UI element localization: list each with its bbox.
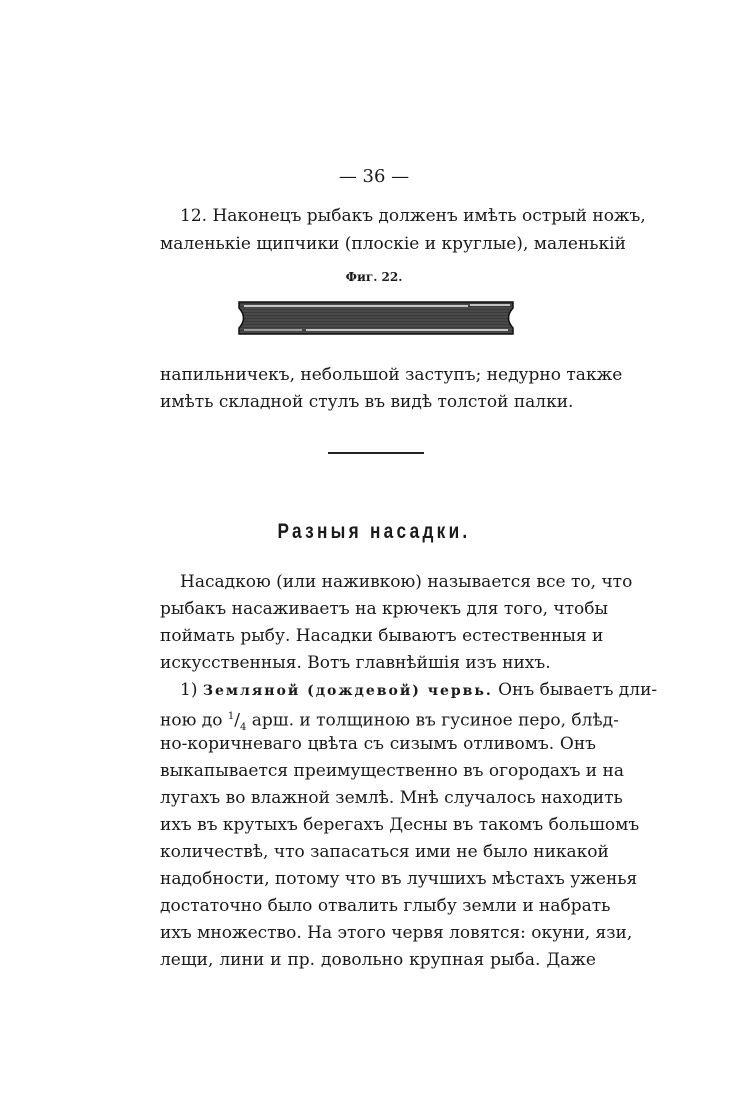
paragraph-line: выкапывается преимущественно въ огородах… xyxy=(160,758,596,784)
section-heading: Разныя насадки. xyxy=(67,520,680,544)
item-text: Онъ бываетъ дли- xyxy=(498,680,657,700)
paragraph-line: рыбакъ насаживаетъ на крючекъ для того, … xyxy=(160,596,596,622)
fraction-numerator: 1 xyxy=(228,711,234,722)
figure-caption: Фиг. 22. xyxy=(0,270,748,284)
paragraph-line: лещи, лини и пр. довольно крупная рыба. … xyxy=(160,947,596,973)
file-tool-icon xyxy=(238,301,514,335)
page-number: — 36 — xyxy=(0,166,748,187)
paragraph-line: маленькіе щипчики (плоскіе и круглые), м… xyxy=(160,231,596,257)
book-page: — 36 — 12. Наконецъ рыбакъ долженъ имѣть… xyxy=(0,0,748,1100)
paragraph-line: достаточно было отвалить глыбу земли и н… xyxy=(160,893,596,919)
paragraph-line: искусственныя. Вотъ главнѣйшія изъ нихъ. xyxy=(160,650,596,676)
paragraph-line: ихъ въ крутыхъ берегахъ Десны въ такомъ … xyxy=(160,812,596,838)
list-item-line: 1) Земляной (дождевой) червь. Онъ бывает… xyxy=(180,677,596,704)
item-term: Земляной (дождевой) червь. xyxy=(203,683,493,699)
paragraph-line: Насадкою (или наживкою) называется все т… xyxy=(180,569,596,595)
section-divider xyxy=(328,452,424,454)
paragraph-line: количествѣ, что запасаться ими не было н… xyxy=(160,839,596,865)
paragraph-line: напильничекъ, небольшой заступъ; недурно… xyxy=(160,362,596,388)
paragraph-line: надобности, потому что въ лучшихъ мѣстах… xyxy=(160,866,596,892)
paragraph-line: 12. Наконецъ рыбакъ долженъ имѣть острый… xyxy=(180,203,596,229)
item-number: 1) xyxy=(180,680,197,700)
paragraph-line: имѣть складной стулъ въ видѣ толстой пал… xyxy=(160,389,596,415)
paragraph-line: поймать рыбу. Насадки бываютъ естественн… xyxy=(160,623,596,649)
paragraph-line: лугахъ во влажной землѣ. Мнѣ случалось н… xyxy=(160,785,596,811)
paragraph-line: ихъ множество. На этого червя ловятся: о… xyxy=(160,920,596,946)
paragraph-line: но-коричневаго цвѣта съ сизымъ отливомъ.… xyxy=(160,731,596,757)
